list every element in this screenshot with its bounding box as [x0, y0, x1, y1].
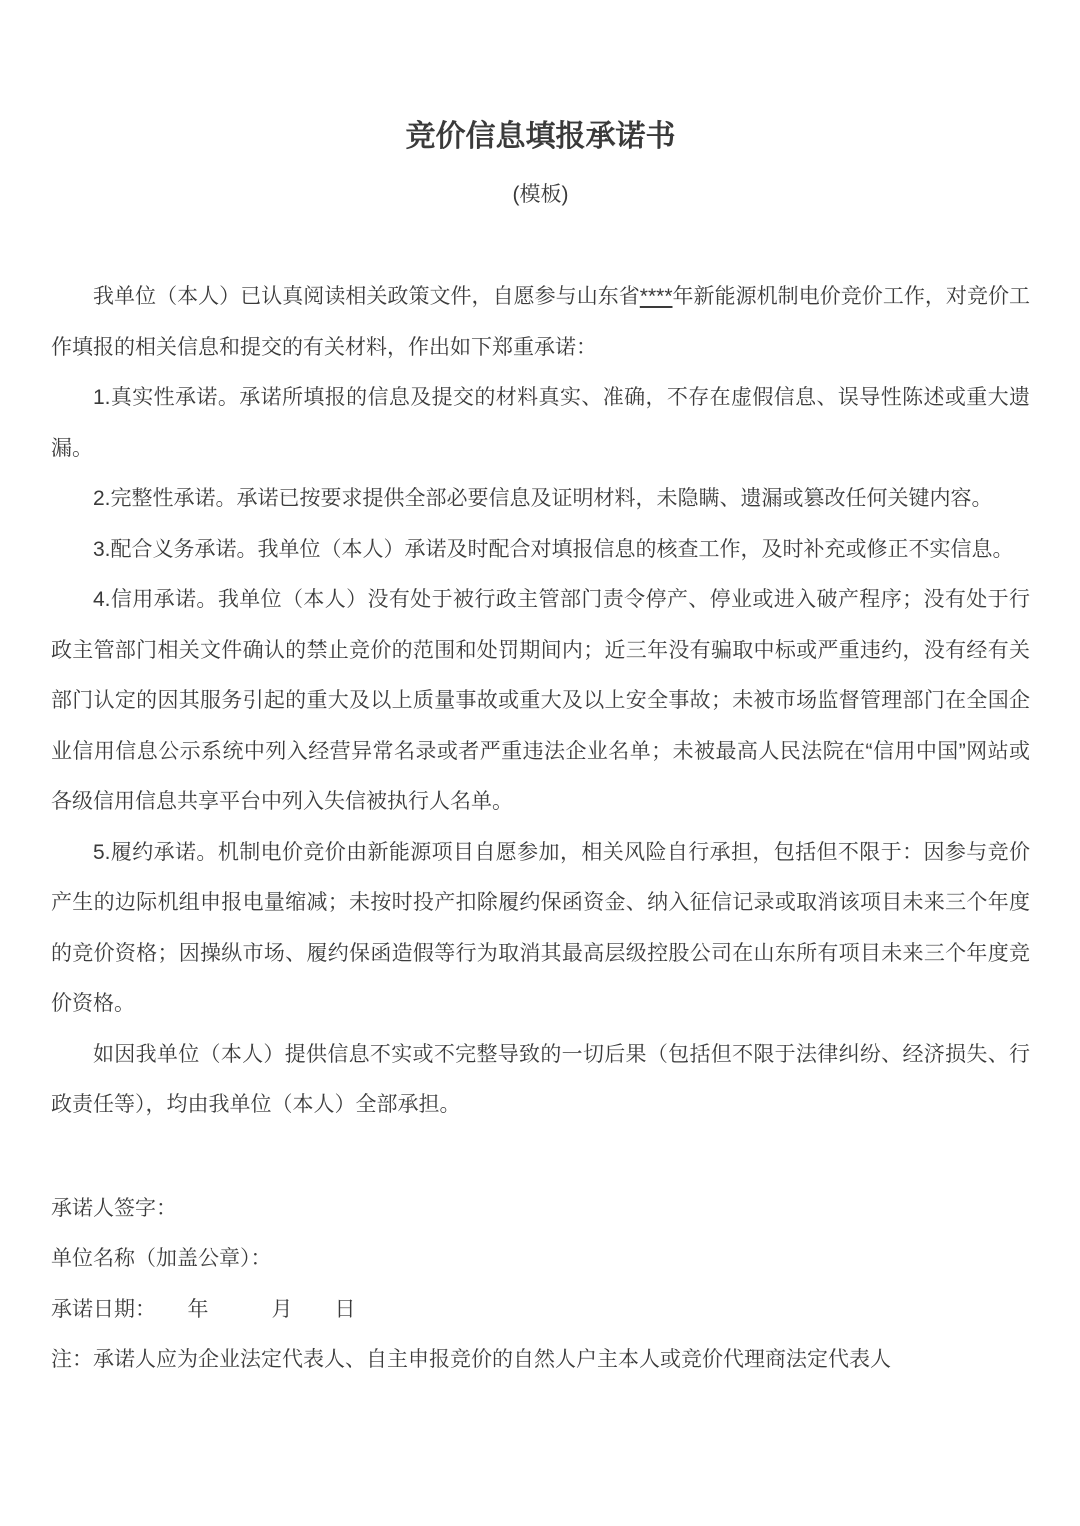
- closing-paragraph: 如因我单位（本人）提供信息不实或不完整导致的一切后果（包括但不限于法律纠纷、经济…: [51, 1030, 1030, 1131]
- commitment-date-line: 承诺日期： 年 月 日: [51, 1285, 1030, 1336]
- note-line: 注：承诺人应为企业法定代表人、自主申报竞价的自然人户主本人或竞价代理商法定代表人: [51, 1335, 1030, 1386]
- commitment-item-completeness: 2.完整性承诺。承诺已按要求提供全部必要信息及证明材料，未隐瞒、遗漏或篡改任何关…: [51, 474, 1030, 525]
- document-subtitle: (模板): [51, 183, 1030, 207]
- signature-block: 承诺人签字： 单位名称（加盖公章）： 承诺日期： 年 月 日 注：承诺人应为企业…: [51, 1184, 1030, 1386]
- intro-paragraph: 我单位（本人）已认真阅读相关政策文件，自愿参与山东省****年新能源机制电价竞价…: [51, 272, 1030, 373]
- commitment-item-cooperation: 3.配合义务承诺。我单位（本人）承诺及时配合对填报信息的核查工作，及时补充或修正…: [51, 525, 1030, 576]
- commitment-item-authenticity: 1.真实性承诺。承诺所填报的信息及提交的材料真实、准确，不存在虚假信息、误导性陈…: [51, 373, 1030, 474]
- intro-text-pre: 我单位（本人）已认真阅读相关政策文件，自愿参与山东省: [93, 285, 640, 308]
- commitment-item-credit: 4.信用承诺。我单位（本人）没有处于被行政主管部门责令停产、停业或进入破产程序；…: [51, 575, 1030, 828]
- commitment-item-performance: 5.履约承诺。机制电价竞价由新能源项目自愿参加，相关风险自行承担，包括但不限于：…: [51, 828, 1030, 1030]
- company-name-line: 单位名称（加盖公章）：: [51, 1234, 1030, 1285]
- year-blank-underline: ****: [640, 285, 673, 308]
- document-body: 我单位（本人）已认真阅读相关政策文件，自愿参与山东省****年新能源机制电价竞价…: [51, 272, 1030, 1131]
- signer-signature-line: 承诺人签字：: [51, 1184, 1030, 1235]
- document-title: 竞价信息填报承诺书: [51, 116, 1030, 158]
- document-page: 竞价信息填报承诺书 (模板) 我单位（本人）已认真阅读相关政策文件，自愿参与山东…: [0, 0, 1080, 1526]
